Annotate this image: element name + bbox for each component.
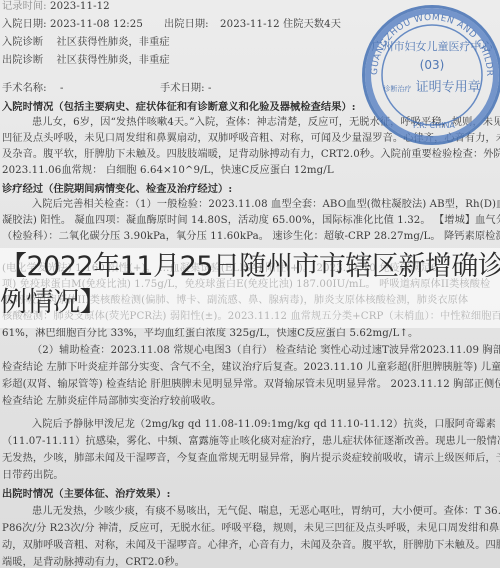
caption-line-1: 【2022年11月25日随州市市辖区新增确诊病 <box>0 250 500 284</box>
discharge-heading: 出院时情况（主要体征、治疗效果）: <box>2 487 170 501</box>
seal-hospital-name: 广州市妇女儿童医疗中心 <box>365 38 499 54</box>
discharge-line: 患儿无发热，少咳少痰，有痰不易咳出，无气促、喘息，无恶心呕吐，胃纳可，大小便可。… <box>2 505 500 519</box>
surgery-date-label: 手术日期: <box>160 83 205 94</box>
seal-number: (03) <box>365 58 499 72</box>
course-line: 61%，淋巴细胞百分比 33%，平均血红蛋白浓度 325g/L，快速C反应蛋白 … <box>2 327 418 341</box>
course-line: 凝胶法) 阳性。 凝血四项：凝血酶原时间 14.80S，活动度 65.00%，国… <box>2 214 500 228</box>
svg-text:P.R. CHINA: P.R. CHINA <box>413 121 455 130</box>
surgery-name-row: 手术名称: - <box>2 82 64 96</box>
discharge-date-row: 出院日期: 2023-11-12 <box>164 18 280 32</box>
seal-purpose-small: 诊断治疗 <box>383 85 411 93</box>
course-line: （11.07-11.11）抗感染，雾化、中频、富露施等止咳化痰对症治疗，患儿症状… <box>2 435 500 449</box>
surgery-name-value: - <box>60 83 64 94</box>
surgery-date-value: - <box>208 83 212 94</box>
admit-date-row: 入院日期: 2023-11-08 12:25 <box>2 18 143 32</box>
news-caption-overlay: 【2022年11月25日随州市市辖区新增确诊病 例情况】 <box>0 248 500 328</box>
course-line: 检查结论 左肺炎症伴局部肺实变治疗较前吸收。 <box>2 395 221 409</box>
stay-days: 住院天数4天 <box>283 18 341 32</box>
surgery-name-label: 手术名称: <box>2 83 47 94</box>
course-line: 入院后完善相关检查：（1）一般检验：2023.11.08 血型全套：ABO血型(… <box>2 198 500 212</box>
discharge-line: 动，双肺呼吸音粗、对称，未闻及干湿啰音。心律齐，心音有力，未闻及杂音。腹平软，肝… <box>2 539 500 553</box>
course-line: 无发热，少咳，肺部未闻及干湿啰音，今复查血常规无明显异常，胸片提示炎症较前吸收，… <box>2 452 500 466</box>
seal-ring-icon: GUANGZHOU WOMEN AND CHILDREN'S MEDICAL P… <box>365 8 499 142</box>
admit-date-label: 入院日期: <box>2 19 47 30</box>
course-line: 日带药出院。 <box>2 469 64 483</box>
admission-line: 2023.11.06血常规： 白细胞 6.64×10^9/L，快速C反应蛋白 1… <box>2 164 334 178</box>
course-line: 入院后予静脉甲泼尼龙（2mg/kg qd 11.08-11.09:1mg/kg … <box>2 418 496 432</box>
admission-heading: 入院时情况（包括主要病史、症状体征和有诊断意义和化验及器械检查结果）: <box>2 100 356 114</box>
record-time-row: 记录时间: 2023-11-12 <box>2 0 110 14</box>
course-line: 检查结论 左肺下叶炎症并部分实变、含气不全，建议治疗后复查。2023.11.10… <box>2 361 500 375</box>
discharge-diagnosis-row: 出院诊断 社区获得性肺炎，非重症 <box>2 54 170 68</box>
discharge-line: 端暖，足背动脉搏动有力，CRT2.0秒。 <box>2 556 185 568</box>
caption-line-2: 例情况】 <box>0 286 106 320</box>
discharge-date-value: 2023-11-12 <box>220 19 280 30</box>
admit-diagnosis-label: 入院诊断 <box>2 37 43 48</box>
admission-line: 及杂音。腹平软，肝脾肋下未触及。四肢肢端暖，足背动脉搏动有力，CRT2.0秒。入… <box>2 148 500 162</box>
course-line: （检验科）：二氧化碳分压 3.90kPa，氧分压 11.60kPa。 速诊生化：… <box>2 230 500 244</box>
discharge-diagnosis-value: 社区获得性肺炎，非重症 <box>57 55 170 66</box>
surgery-date-row: 手术日期: - <box>160 82 212 96</box>
admit-diagnosis-value: 社区获得性肺炎，非重症 <box>57 37 170 48</box>
record-time-value: 2023-11-12 <box>50 1 110 12</box>
discharge-date-label: 出院日期: <box>164 19 209 30</box>
admit-diagnosis-row: 入院诊断 社区获得性肺炎，非重症 <box>2 36 170 50</box>
discharge-diagnosis-label: 出院诊断 <box>2 55 43 66</box>
hospital-seal-stamp: GUANGZHOU WOMEN AND CHILDREN'S MEDICAL P… <box>362 5 500 145</box>
admit-date-value: 2023-11-08 12:25 <box>50 19 143 30</box>
discharge-line: P86次/分 R23次/分 神清，反应可，无脱水征。呼吸平稳，规则，未见三凹征及… <box>2 522 500 536</box>
course-line: 彩超(双肾、输尿管等) 检查结论 肝胆胰脾未见明显异常。双肾输尿管未见明显异常。… <box>2 378 500 392</box>
course-heading: 诊疗经过（住院期间病情变化、检查及治疗经过）: <box>2 182 232 196</box>
record-time-label: 记录时间: <box>2 1 47 12</box>
seal-purpose: 诊断治疗 证明专用章 <box>365 76 499 95</box>
course-line: （2）辅助检查：2023.11.08 常规心电图3（自行） 检查结论 窦性心动过… <box>2 344 500 358</box>
discharge-record-document: 记录时间: 2023-11-12 入院日期: 2023-11-08 12:25 … <box>0 0 500 568</box>
seal-purpose-main: 证明专用章 <box>416 80 481 95</box>
